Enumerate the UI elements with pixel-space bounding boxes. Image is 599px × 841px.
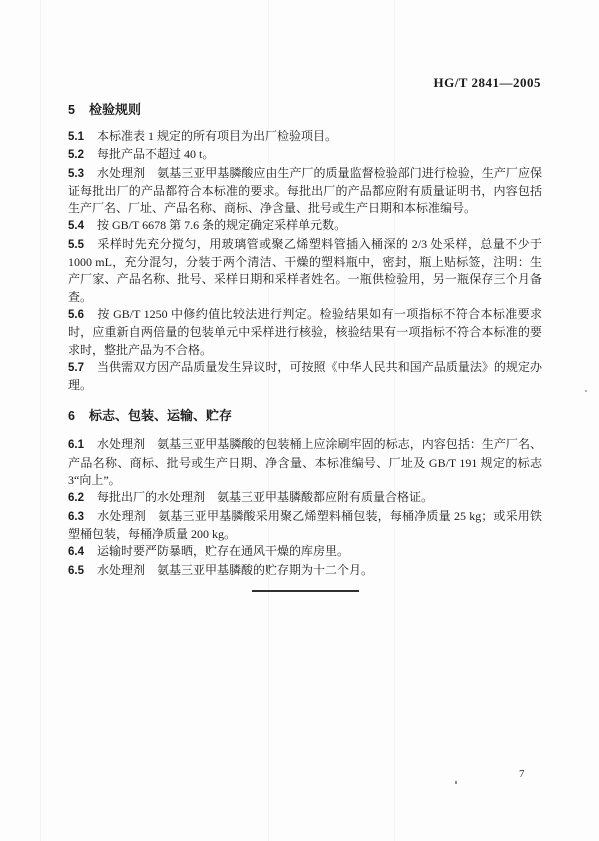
scan-fold-line — [40, 0, 41, 841]
clause-5-4: 5.4按 GB/T 6678 第 7.6 条的规定确定采样单元数。 — [68, 217, 542, 235]
clause-5-5: 5.5采样时先充分搅匀，用玻璃管或聚乙烯塑料管插入桶深的 2/3 处采样，总量不… — [68, 236, 542, 306]
scan-speck — [455, 781, 457, 784]
clause-5-2-text: 每批产品不超过 40 t。 — [97, 147, 214, 161]
clause-6-2-number: 6.2 — [68, 492, 84, 504]
scan-speck — [585, 390, 587, 392]
clause-5-5-number: 5.5 — [68, 239, 84, 251]
clause-5-4-number: 5.4 — [68, 220, 84, 232]
clause-6-5-text: 水处理剂 氨基三亚甲基膦酸的贮存期为十二个月。 — [97, 563, 373, 577]
clause-5-2-number: 5.2 — [68, 149, 84, 161]
clause-5-5-text: 采样时先充分搅匀，用玻璃管或聚乙烯塑料管插入桶深的 2/3 处采样，总量不少于 … — [68, 237, 542, 304]
clause-6-4-number: 6.4 — [68, 546, 84, 558]
clause-5-3-number: 5.3 — [68, 168, 84, 180]
clause-6-3: 6.3水处理剂 氨基三亚甲基膦酸采用聚乙烯塑料桶包装，每桶净质量 25 kg；或… — [68, 508, 542, 544]
clause-5-1: 5.1本标准表 1 规定的所有项目为出厂检验项目。 — [68, 128, 542, 146]
section-6-number: 6 — [68, 409, 75, 423]
clause-6-2: 6.2每批出厂的水处理剂 氨基三亚甲基膦酸都应附有质量合格证。 — [68, 489, 542, 507]
document-page: HG/T 2841—2005 5检验规则 5.1本标准表 1 规定的所有项目为出… — [0, 0, 599, 841]
clause-5-7: 5.7当供需双方因产品质量发生异议时，可按照《中华人民共和国产品质量法》的规定办… — [68, 359, 542, 395]
clause-6-3-number: 6.3 — [68, 511, 84, 523]
clause-5-6-text: 按 GB/T 1250 中修约值比较法进行判定。检验结果如有一项指标不符合本标准… — [68, 307, 542, 357]
clause-5-3: 5.3水处理剂 氨基三亚甲基膦酸应由生产厂的质量监督检验部门进行检验，生产厂应保… — [68, 165, 542, 218]
clause-5-6-number: 5.6 — [68, 309, 84, 321]
clause-5-1-number: 5.1 — [68, 131, 84, 143]
clause-6-3-text: 水处理剂 氨基三亚甲基膦酸采用聚乙烯塑料桶包装，每桶净质量 25 kg；或采用铁… — [68, 509, 542, 541]
clause-5-1-text: 本标准表 1 规定的所有项目为出厂检验项目。 — [97, 129, 337, 143]
section-5-heading: 5检验规则 — [68, 101, 542, 119]
end-of-document-rule — [252, 590, 359, 592]
clause-6-1-number: 6.1 — [68, 439, 84, 451]
section-5-title: 检验规则 — [89, 102, 141, 117]
clause-5-6: 5.6按 GB/T 1250 中修约值比较法进行判定。检验结果如有一项指标不符合… — [68, 306, 542, 359]
section-6-heading: 6标志、包装、运输、贮存 — [68, 407, 542, 425]
clause-6-4: 6.4运输时要严防暴晒，贮存在通风干燥的库房里。 — [68, 543, 542, 561]
clause-6-1: 6.1水处理剂 氨基三亚甲基膦酸的包装桶上应涂刷牢固的标志，内容包括：生产厂名、… — [68, 436, 542, 489]
clause-6-5-number: 6.5 — [68, 565, 84, 577]
clause-6-1-text: 水处理剂 氨基三亚甲基膦酸的包装桶上应涂刷牢固的标志，内容包括：生产厂名、产品名… — [68, 437, 542, 487]
section-5-number: 5 — [68, 103, 75, 117]
document-body: 5检验规则 5.1本标准表 1 规定的所有项目为出厂检验项目。 5.2每批产品不… — [68, 101, 542, 592]
standard-number-header: HG/T 2841—2005 — [433, 75, 541, 91]
clause-6-5: 6.5水处理剂 氨基三亚甲基膦酸的贮存期为十二个月。 — [68, 562, 542, 580]
section-6-title: 标志、包装、运输、贮存 — [89, 408, 232, 423]
clause-5-7-number: 5.7 — [68, 362, 84, 374]
clause-5-2: 5.2每批产品不超过 40 t。 — [68, 146, 542, 164]
clause-6-2-text: 每批出厂的水处理剂 氨基三亚甲基膦酸都应附有质量合格证。 — [97, 490, 433, 504]
page-number: 7 — [519, 768, 525, 780]
clause-6-4-text: 运输时要严防暴晒，贮存在通风干燥的库房里。 — [97, 544, 349, 558]
clause-5-3-text: 水处理剂 氨基三亚甲基膦酸应由生产厂的质量监督检验部门进行检验，生产厂应保证每批… — [68, 166, 542, 216]
clause-5-7-text: 当供需双方因产品质量发生异议时，可按照《中华人民共和国产品质量法》的规定办理。 — [68, 360, 542, 392]
clause-5-4-text: 按 GB/T 6678 第 7.6 条的规定确定采样单元数。 — [97, 218, 346, 232]
